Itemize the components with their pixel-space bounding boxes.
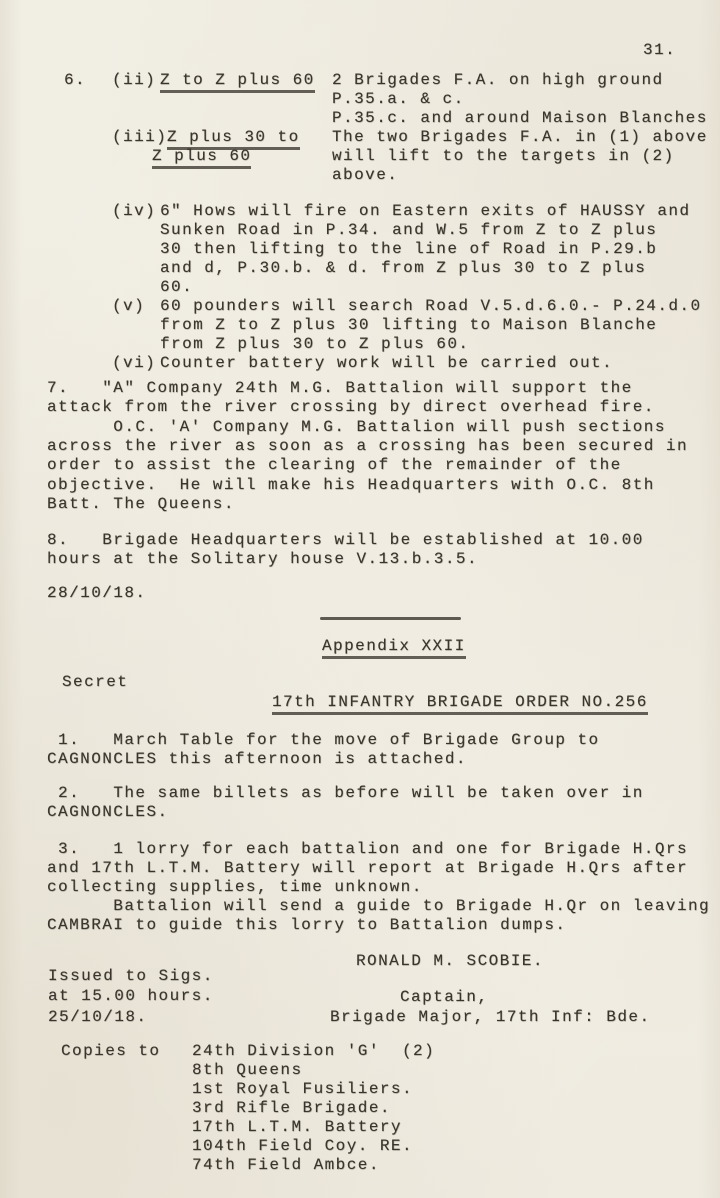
document-page: 31. 6. (ii) Z to Z plus 60 2 Brigades F.…: [0, 0, 720, 1198]
sec6-item-ii-desc-line: P.35.a. & c.: [332, 89, 465, 109]
signature-title: Brigade Major, 17th Inf: Bde.: [330, 1007, 651, 1027]
copies-recipient: 17th L.T.M. Battery: [192, 1117, 402, 1137]
copies-recipient: 104th Field Coy. RE.: [192, 1136, 413, 1156]
para7-line: order to assist the clearing of the rema…: [47, 455, 622, 475]
sec6-item-iv-line: and d, P.30.b. & d. from Z plus 30 to Z …: [160, 258, 646, 278]
sec6-item-vi-line: Counter battery work will be carried out…: [160, 353, 613, 373]
sec6-item-vi-label: (vi): [112, 353, 156, 373]
sec6-item-iii-desc-line: will lift to the targets in (2): [332, 146, 675, 166]
sec6-item-ii-desc-line: P.35.c. and around Maison Blanches: [332, 108, 708, 128]
sec6-item-iv-line: 6" Hows will fire on Eastern exits of HA…: [160, 201, 690, 221]
sec6-number: 6.: [64, 70, 86, 90]
para7-line: across the river as soon as a crossing h…: [47, 436, 688, 456]
sec6-item-ii-desc-line: 2 Brigades F.A. on high ground: [332, 70, 664, 90]
para3-line: and 17th L.T.M. Battery will report at B…: [47, 858, 688, 878]
signature-rank: Captain,: [400, 987, 488, 1007]
sec6-item-v-line: from Z to Z plus 30 lifting to Maison Bl…: [160, 315, 657, 335]
order-date: 28/10/18.: [47, 583, 146, 603]
sec6-item-ii-label: (ii): [112, 70, 156, 90]
para2-line: CAGNONCLES.: [47, 802, 169, 822]
sec6-item-ii-term: Z to Z plus 60: [160, 70, 315, 93]
para3-line: Battalion will send a guide to Brigade H…: [47, 896, 710, 916]
para2-line: 2. The same billets as before will be ta…: [47, 783, 644, 803]
copies-recipient: 24th Division 'G' (2): [192, 1041, 435, 1061]
para7-line: 7. "A" Company 24th M.G. Battalion will …: [47, 378, 633, 398]
para1-line: 1. March Table for the move of Brigade G…: [47, 730, 600, 750]
para7-line: objective. He will make his Headquarters…: [47, 475, 655, 495]
sec6-item-iii-desc-line: The two Brigades F.A. in (1) above: [332, 127, 708, 147]
sec6-item-iv-line: 60.: [160, 277, 193, 297]
copies-recipient: 1st Royal Fusiliers.: [192, 1079, 413, 1099]
sec6-item-v-label: (v): [112, 296, 145, 316]
para7-line: attack from the river crossing by direct…: [47, 397, 655, 417]
para3-line: 3. 1 lorry for each battalion and one fo…: [47, 839, 688, 859]
copies-recipient: 8th Queens: [192, 1060, 303, 1080]
sec6-item-iii-desc-line: above.: [332, 165, 398, 185]
section-divider: [320, 617, 461, 620]
copies-label: Copies to: [61, 1041, 160, 1061]
sec6-item-v-line: from Z plus 30 to Z plus 60.: [160, 334, 469, 354]
sec6-item-iii-term: Z plus 60: [152, 146, 251, 169]
issued-note-line: at 15.00 hours.: [48, 986, 214, 1006]
para1-line: CAGNONCLES this afternoon is attached.: [47, 749, 467, 769]
para8-line: hours at the Solitary house V.13.b.3.5.: [47, 549, 478, 569]
para7-line: O.C. 'A' Company M.G. Battalion will pus…: [47, 417, 666, 437]
sec6-item-v-line: 60 pounders will search Road V.5.d.6.0.-…: [160, 296, 702, 316]
sec6-item-iii-label: (iii): [112, 127, 167, 147]
order-heading: 17th INFANTRY BRIGADE ORDER NO.256: [272, 692, 648, 715]
sec6-item-iv-label: (iv): [112, 201, 156, 221]
para7-line: Batt. The Queens.: [47, 494, 235, 514]
appendix-title: Appendix XXII: [322, 636, 466, 659]
signature-name: RONALD M. SCOBIE.: [356, 951, 544, 971]
classification-label: Secret: [62, 672, 128, 692]
sec6-item-iv-line: 30 then lifting to the line of Road in P…: [160, 239, 657, 259]
page-number: 31.: [643, 40, 676, 60]
copies-recipient: 3rd Rifle Brigade.: [192, 1098, 391, 1118]
para3-line: CAMBRAI to guide this lorry to Battalion…: [47, 915, 566, 935]
para3-line: collecting supplies, time unknown.: [47, 877, 423, 897]
para8-line: 8. Brigade Headquarters will be establis…: [47, 530, 644, 550]
copies-recipient: 74th Field Ambce.: [192, 1155, 380, 1175]
issued-note-line: 25/10/18.: [48, 1007, 147, 1027]
sec6-item-iv-line: Sunken Road in P.34. and W.5 from Z to Z…: [160, 220, 657, 240]
issued-note-line: Issued to Sigs.: [48, 966, 214, 986]
